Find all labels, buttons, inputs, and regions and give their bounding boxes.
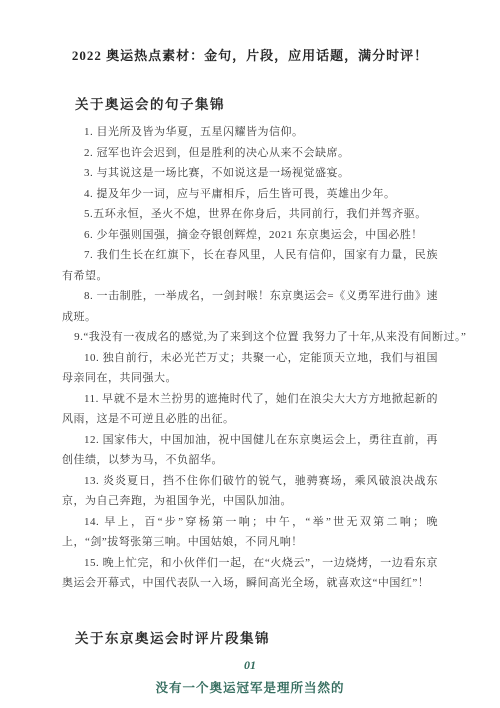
document-page: 2022 奥运热点素材：金句，片段，应用话题，满分时评！ 关于奥运会的句子集锦 … — [0, 0, 500, 708]
document-title: 2022 奥运热点素材：金句，片段，应用话题，满分时评！ — [62, 46, 438, 66]
sentence-item-6: 6. 少年强则国强，摘金夺银创辉煌，2021 东京奥运会，中国必胜！ — [62, 225, 438, 246]
sentence-item-1: 1. 目光所及皆为华夏，五星闪耀皆为信仰。 — [62, 122, 438, 143]
sentence-item-10: 10. 独自前行，未必光芒万丈；共聚一心，定能顶天立地，我们与祖国母亲同在，共同… — [62, 348, 438, 389]
sentence-item-4: 4. 提及年少一词，应与平庸相斥，后生皆可畏，英雄出少年。 — [62, 184, 438, 205]
sentence-item-7: 7. 我们生长在红旗下，长在春风里，人民有信仰，国家有力量，民族有希望。 — [62, 245, 438, 286]
sentence-item-15: 15. 晚上忙完，和小伙伴们一起，在“火烧云”，一边烧烤，一边看东京奥运会开幕式… — [62, 553, 438, 594]
sentence-item-14: 14. 早上，百“步”穿杨第一响；中午，“举”世无双第二响；晚上，“剑”拔弩张第… — [62, 512, 438, 553]
sentence-list: 1. 目光所及皆为华夏，五星闪耀皆为信仰。 2. 冠军也许会迟到，但是胜利的决心… — [62, 122, 438, 594]
sentence-item-2: 2. 冠军也许会迟到，但是胜利的决心从来不会缺席。 — [62, 143, 438, 164]
sentence-item-5: 5.五环永恒，圣火不熄，世界在你身后，共同前行，我们并驾齐驱。 — [62, 204, 438, 225]
chapter-number: 01 — [62, 655, 438, 675]
sentence-item-12: 12. 国家伟大，中国加油，祝中国健儿在东京奥运会上，勇往直前，再创佳绩，以梦为… — [62, 430, 438, 471]
section-heading-sentences: 关于奥运会的句子集锦 — [75, 96, 438, 114]
sentence-item-3: 3. 与其说这是一场比赛，不如说这是一场视觉盛宴。 — [62, 163, 438, 184]
section-heading-commentary: 关于东京奥运会时评片段集锦 — [75, 630, 438, 648]
chapter-subtitle: 没有一个奥运冠军是理所当然的 — [62, 678, 438, 698]
sentence-item-13: 13. 炎炎夏日，挡不住你们破竹的锐气，驰骋赛场，乘风破浪决战东京，为自己奔跑，… — [62, 471, 438, 512]
sentence-item-9: 9.“我没有一夜成名的感觉,为了来到这个位置 我努力了十年,从来没有间断过。” — [62, 327, 438, 348]
sentence-item-11: 11. 早就不是木兰扮男的遮掩时代了，她们在浪尖大大方方地掀起新的风雨，这是不可… — [62, 389, 438, 430]
sentence-item-8: 8. 一击制胜，一举成名，一剑封喉！东京奥运会=《义勇军进行曲》速成班。 — [62, 286, 438, 327]
